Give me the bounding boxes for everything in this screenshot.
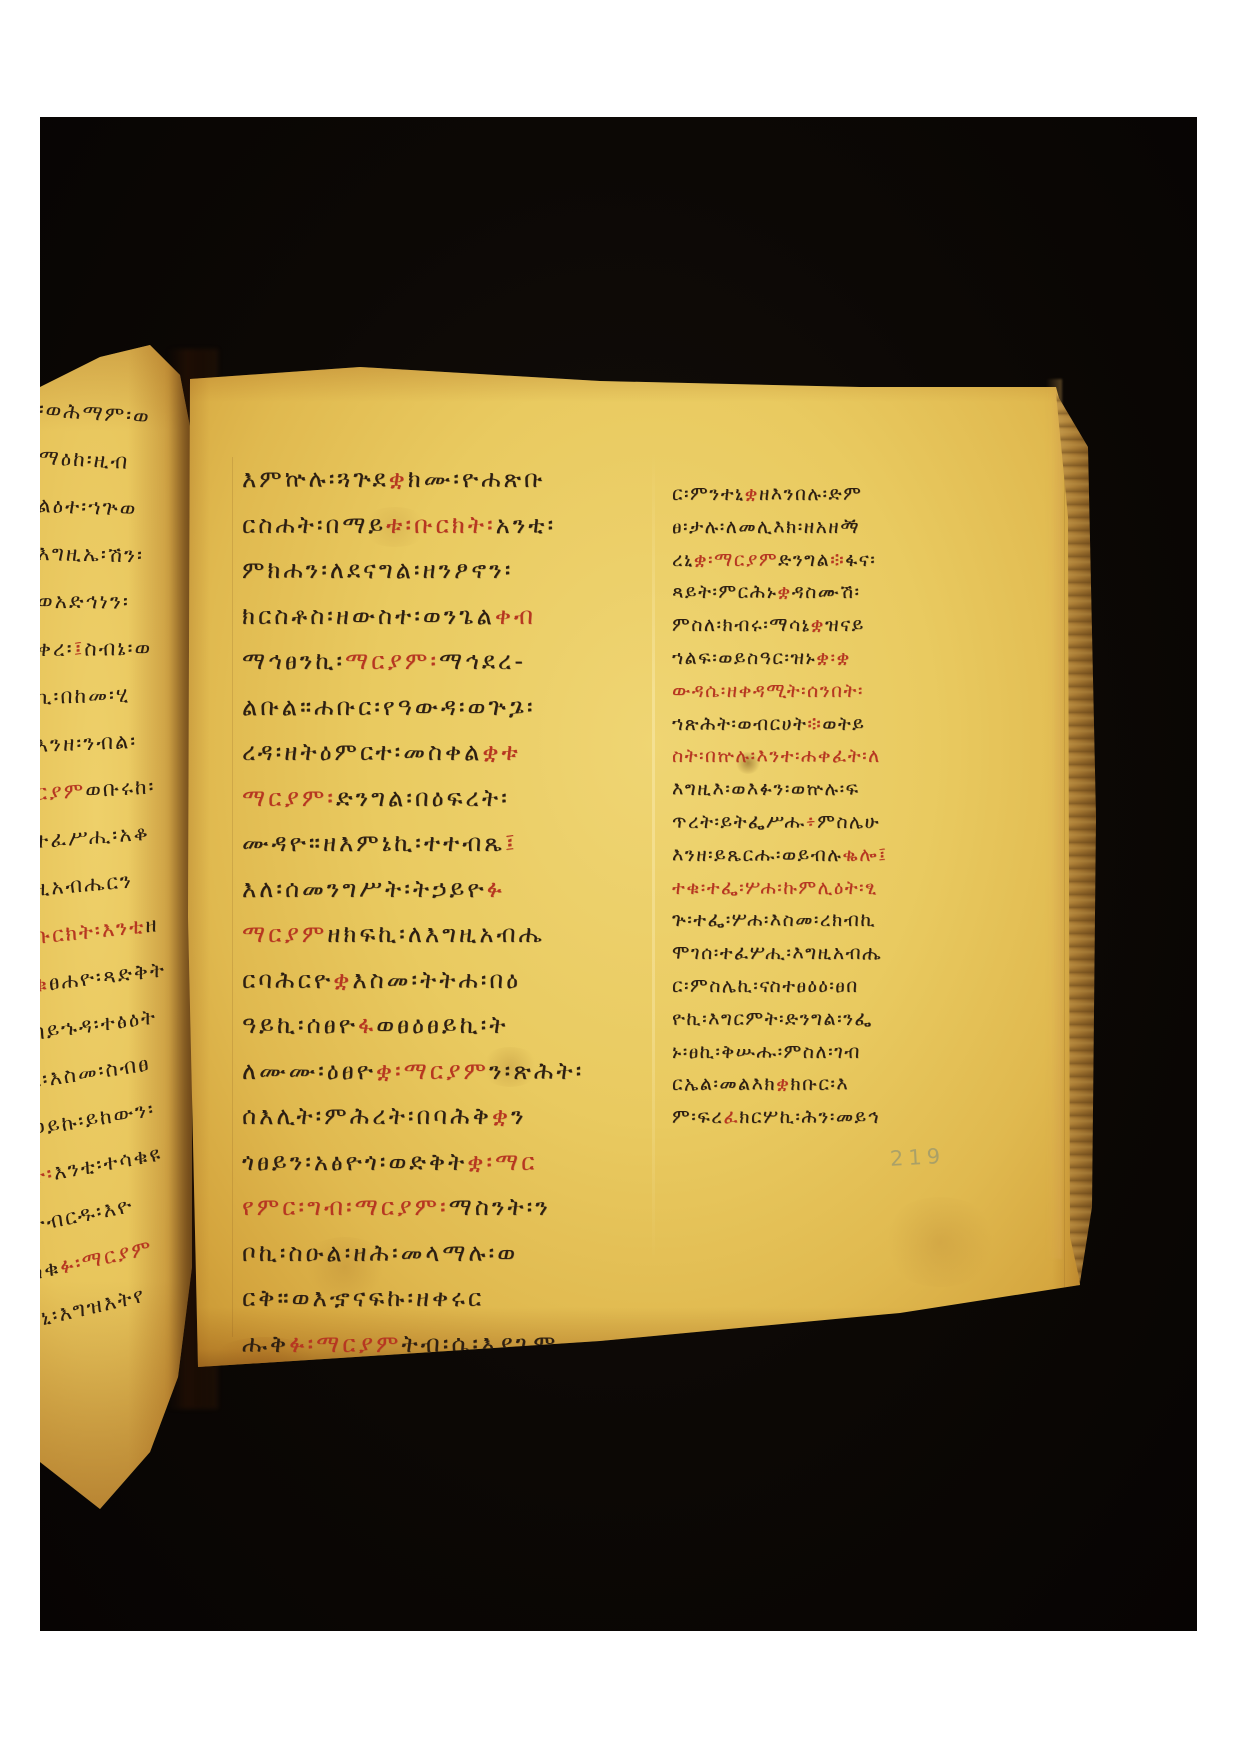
text-line: ምክሐን፡ለደናግል፡ዘንፆኖን፡: [242, 556, 694, 602]
text-segment: ቋ: [492, 1102, 511, 1130]
text-segment: ኑ፡ፀኪ፡ቅሡሑ፡ምስለ፡ገብ: [672, 1041, 861, 1063]
text-segment: ውዳሴ፡ዘቀዳሚት፡ሰንበት፡: [672, 680, 864, 702]
text-segment: ወፀዕፀይኪ፡ት: [376, 1011, 508, 1039]
text-line: ውዳሴ፡ዘቀዳሚት፡ሰንበት፡: [672, 680, 1074, 713]
text-segment: ፤: [73, 637, 84, 661]
text-segment: ጎፀይን፡አፅዮጎ፡ወድቅት: [242, 1148, 467, 1176]
text-segment: ወአድኅነን፡: [40, 589, 130, 614]
text-line: ጕ፡ተፌ፡ሦሐ፡እስመ፡ረክብኪ: [672, 909, 1074, 942]
text-line: ጻይት፡ምርሕኑቋዳስሙሽ፡: [672, 581, 1074, 614]
text-line: ዓይኪ፡ሰፀዮፋወፀዕፀይኪ፡ት: [242, 1011, 694, 1057]
text-segment: ስብኔ፡ወ: [84, 636, 152, 661]
scan-canvas: { "palette": { "background_border": "#ff…: [0, 0, 1238, 1753]
text-segment: እንዘ፡ይጼርሑ፡ወይብሉ: [672, 844, 842, 866]
text-segment: ቋ: [777, 581, 791, 603]
text-segment: ማርያም: [242, 920, 327, 948]
text-segment: ጥረት፡ይትፌሥሑ: [672, 811, 806, 833]
text-segment: ስት፡በኵሉ፡እንተ፡ሐቀፈት፡ለ: [672, 745, 881, 767]
text-segment: ቋ: [389, 465, 408, 493]
text-segment: እስመ፡ትትሐ፡በዕ: [352, 966, 521, 994]
text-line: ማርያም፡ድንግል፡በዕፍረት፡: [242, 784, 694, 830]
text-segment: ምክሐን፡ለደናግል፡ዘንፆኖን፡: [242, 556, 513, 584]
text-line: ክርስቶስ፡ዘውስተ፡ወንጌልቀብ: [242, 602, 694, 648]
text-line: ፀ፡ታሉ፡ለመሊእክ፡ዘአዘፙ: [672, 516, 1074, 549]
text-segment: ርባሕርዮ: [242, 966, 333, 994]
text-segment: ቀረ፡: [40, 637, 73, 661]
text-segment: ፋ: [358, 1011, 376, 1039]
text-line: ማኅፀንኪ፡ማርያም፡ማኅደረ-: [242, 647, 694, 693]
text-segment: ቋ፡ማርያም: [694, 549, 778, 571]
text-line: ጎፀይን፡አፅዮጎ፡ወድቅትቋ፡ማር: [242, 1148, 694, 1194]
text-segment: ዮኪ፡እግርምት፡ድንግል፡ንፌ: [672, 1008, 873, 1030]
text-segment: የምር፡ግብ፡ማርያም፡: [242, 1193, 449, 1221]
text-line: ማርያምዘክፍኪ፡ለእግዚአብሔ: [242, 920, 694, 966]
text-line: ዮኪ፡እግርምት፡ድንግል፡ንፌ: [672, 1008, 1074, 1041]
text-segment: ክርስቶስ፡ዘውስተ፡ወንጌል: [242, 602, 495, 630]
text-line: ኀልፍ፡ወይስዓር፡ዝኑቋ፡ቋ: [672, 647, 1074, 680]
text-segment: ፉ: [487, 875, 505, 903]
text-segment: ቋ: [745, 483, 759, 505]
text-segment: ርኤል፡መልእክ: [672, 1073, 776, 1095]
text-segment: ፡ወሕማም፡ወ: [40, 397, 152, 429]
text-segment: ወትይ: [822, 713, 865, 735]
text-line: እግዚእ፡ወእፉን፡ወኵሉ፡ፍ: [672, 778, 1074, 811]
text-segment: ርያም: [40, 778, 85, 805]
text-line: ርቅ።ወእኇናፍኩ፡ዘቀሩር: [242, 1284, 694, 1330]
text-segment: ምስሌሁ: [817, 811, 880, 833]
text-segment: ቋ: [333, 966, 352, 994]
text-segment: ረኒ: [672, 549, 694, 571]
text-segment: ቀብ: [495, 602, 536, 630]
text-segment: ሞገሰ፡ተፈሦሒ፡እግዚአብሔ: [672, 942, 882, 964]
pencil-folio-number: 219: [889, 1143, 960, 1171]
text-segment: ሰእሊት፡ምሕረት፡በባሕቅ: [242, 1102, 492, 1130]
text-column-1: እምኵሉ፡ጓጕደቋክሙ፡ዮሐጽቡርስሐት፡በማይቱ፡ቡርክት፡አንቲ፡ምክሐን፡…: [242, 465, 694, 1375]
text-segment: ዘእንበሉ፡ድም: [759, 483, 862, 505]
parchment-stain: [880, 1197, 1000, 1287]
text-line: ሰእሊት፡ምሕረት፡በባሕቅቋን: [242, 1102, 694, 1148]
text-segment: ድንግል: [778, 549, 830, 571]
text-segment: ዘ: [144, 912, 160, 937]
text-line: ሑቅፉ፡ማርያምትብ፡ሴ፡እያጌም: [242, 1330, 694, 1376]
text-line: ር፡ምስሌኪ፡ናስተፀዕዕ፡ፀበ: [672, 975, 1074, 1008]
text-segment: ፈ: [723, 1106, 739, 1128]
text-line: እንዘ፡ይጼርሑ፡ወይብሉቈሎ፤: [672, 844, 1074, 877]
text-segment: ማስንት፡ን: [449, 1193, 551, 1221]
fore-edge-highlight: [1046, 379, 1062, 1259]
text-line: ኑ፡ፀኪ፡ቅሡሑ፡ምስለ፡ገብ: [672, 1041, 1074, 1074]
text-line: እለ፡ሰመንግሥት፡ትኃይዮፉ: [242, 875, 694, 921]
text-line: ኀጽሕት፡ወብርሀት፨ወትይ: [672, 713, 1074, 746]
text-segment: ምስለ፡ክብሩ፡ማሳኔ: [672, 614, 811, 636]
text-segment: አንቲ፡: [496, 511, 557, 539]
text-segment: ፨: [830, 549, 845, 571]
text-segment: ድንግል፡በዕፍረት፡: [336, 784, 510, 812]
text-segment: ክርሦኪ፡ሕን፡መይኅ: [739, 1106, 880, 1128]
text-segment: ማርያም፡: [345, 647, 439, 675]
text-segment: ቋ፡ማርያም: [376, 1057, 489, 1085]
text-segment: ሑቅ: [242, 1330, 289, 1358]
text-segment: ቋ: [811, 614, 825, 636]
manuscript-photo: ፡ወሕማም፡ወማዕከ፡ዚብልዕተ፡ኀጕወእግዚኤ፡ሽን፡ወአድኅነን፡ቀረ፡፤ስ…: [40, 117, 1197, 1631]
text-segment: እንዘ፡ንብል፡: [40, 729, 138, 757]
text-line: ረኒቋ፡ማርያምድንግል፨ፋና፡: [672, 549, 1074, 582]
text-segment: እምኵሉ፡ጓጕደ: [242, 465, 389, 493]
text-segment: ረዳ፡ዘትዕምርተ፡መስቀል: [242, 738, 482, 766]
text-segment: ቦኪ፡ስዑል፡ዘሕ፡መላማሉ፡ወ: [242, 1239, 518, 1267]
text-segment: ን፡ጽሕት፡: [489, 1057, 584, 1085]
text-column-2: ር፡ምንተኒቋዘእንበሉ፡ድምፀ፡ታሉ፡ለመሊእክ፡ዘአዘፙረኒቋ፡ማርያምድን…: [672, 483, 1074, 1139]
text-segment: ም፡ፍረ: [672, 1106, 723, 1128]
ruling-line: [232, 457, 233, 1337]
text-line: ለሙሙ፡ዕፀዮቋ፡ማርያምን፡ጽሕት፡: [242, 1057, 694, 1103]
text-segment: ኪ፡በከመ፡ሂ: [40, 683, 131, 709]
text-segment: ጻይት፡ምርሕኑ: [672, 581, 777, 603]
text-segment: ማርያም፡: [242, 784, 336, 812]
text-segment: ፥: [806, 811, 818, 833]
text-segment: ፤: [505, 829, 518, 857]
text-line: ር፡ምንተኒቋዘእንበሉ፡ድም: [672, 483, 1074, 516]
text-segment: ኀጽሕት፡ወብርሀት: [672, 713, 807, 735]
text-segment: ርስሐት፡በማይ: [242, 511, 386, 539]
text-line: ርስሐት፡በማይቱ፡ቡርክት፡አንቲ፡: [242, 511, 694, 557]
text-segment: ዘክፍኪ፡ለእግዚአብሔ: [327, 920, 545, 948]
text-segment: ክሙ፡ዮሐጽቡ: [408, 465, 546, 493]
text-line: ረዳ፡ዘትዕምርተ፡መስቀልቋቱ: [242, 738, 694, 784]
text-segment: ቋ: [776, 1073, 790, 1095]
text-line: ሙዳዮ።ዘእምኔኪ፡ተተብጼ፤: [242, 829, 694, 875]
text-segment: እግዚኤ፡ሽን፡: [40, 541, 144, 567]
text-segment: ዳስሙሽ፡: [792, 581, 861, 603]
text-segment: ልዕተ፡ኀጕወ: [40, 493, 138, 521]
text-segment: ን: [511, 1102, 527, 1130]
text-segment: ፀ፡ታሉ፡ለመሊእክ፡ዘአዘፙ: [672, 516, 860, 538]
text-line: ቦኪ፡ስዑል፡ዘሕ፡መላማሉ፡ወ: [242, 1239, 694, 1285]
text-segment: ር፡ምስሌኪ፡ናስተፀዕዕ፡ፀበ: [672, 975, 859, 997]
text-line: ርኤል፡መልእክቋክቡር፡እ: [672, 1073, 1074, 1106]
text-segment: ቱ፡ቡርክት፡: [386, 511, 496, 539]
text-segment: ቋ፡ማር: [467, 1148, 537, 1176]
text-segment: ርቅ።ወእኇናፍኩ፡ዘቀሩር: [242, 1284, 484, 1312]
text-segment: ማኅፀንኪ፡: [242, 647, 345, 675]
text-segment: ተቁ፡ተፌ፡ሦሐ፡ኩምሊዕት፡ፂ: [672, 877, 878, 899]
text-segment: ትብ፡ሴ፡እያጌም: [401, 1330, 558, 1358]
text-line: ተቁ፡ተፌ፡ሦሐ፡ኩምሊዕት፡ፂ: [672, 877, 1074, 910]
text-segment: ቋቱ: [482, 738, 520, 766]
text-segment: ር፡ምንተኒ: [672, 483, 745, 505]
text-line: የምር፡ግብ፡ማርያም፡ማስንት፡ን: [242, 1193, 694, 1239]
text-line: ርባሕርዮቋእስመ፡ትትሐ፡በዕ: [242, 966, 694, 1012]
text-segment: ሙዳዮ።ዘእምኔኪ፡ተተብጼ: [242, 829, 505, 857]
text-line: ጥረት፡ይትፌሥሑ፥ምስሌሁ: [672, 811, 1074, 844]
text-segment: ቈሎ፤: [842, 844, 887, 866]
text-segment: ፋና፡: [845, 549, 876, 571]
text-line: ልቡል።ሐቡር፡የዓውዳ፡ወጕጔ፡: [242, 693, 694, 739]
text-line: ሞገሰ፡ተፈሦሒ፡እግዚአብሔ: [672, 942, 1074, 975]
text-segment: ለሙሙ፡ዕፀዮ: [242, 1057, 376, 1085]
text-line: እምኵሉ፡ጓጕደቋክሙ፡ዮሐጽቡ: [242, 465, 694, 511]
text-line: ም፡ፍረፈክርሦኪ፡ሕን፡መይኅ: [672, 1106, 1074, 1139]
text-segment: ኀልፍ፡ወይስዓር፡ዝኑ: [672, 647, 816, 669]
text-segment: ፉ፡ማርያም: [289, 1330, 401, 1358]
text-segment: ፨: [807, 713, 822, 735]
text-segment: ወቡሩከ፡: [84, 774, 156, 802]
text-segment: ቋ፡ቋ: [816, 647, 851, 669]
text-segment: እለ፡ሰመንግሥት፡ትኃይዮ: [242, 875, 487, 903]
text-segment: ማኅደረ-: [439, 647, 526, 675]
text-segment: ልቡል።ሐቡር፡የዓውዳ፡ወጕጔ፡: [242, 693, 536, 721]
text-line: ስት፡በኵሉ፡እንተ፡ሐቀፈት፡ለ: [672, 745, 1074, 778]
text-segment: ክቡር፡እ: [790, 1073, 849, 1095]
text-segment: እግዚእ፡ወእፉን፡ወኵሉ፡ፍ: [672, 778, 860, 800]
text-segment: ዝናይ: [825, 614, 865, 636]
right-page: እምኵሉ፡ጓጕደቋክሙ፡ዮሐጽቡርስሐት፡በማይቱ፡ቡርክት፡አንቲ፡ምክሐን፡…: [180, 357, 1090, 1377]
text-line: ምስለ፡ክብሩ፡ማሳኔቋዝናይ: [672, 614, 1074, 647]
text-segment: ጕ፡ተፌ፡ሦሐ፡እስመ፡ረክብኪ: [672, 909, 876, 931]
text-segment: ዓይኪ፡ሰፀዮ: [242, 1011, 358, 1039]
text-segment: ማዕከ፡ዚብ: [40, 445, 130, 474]
